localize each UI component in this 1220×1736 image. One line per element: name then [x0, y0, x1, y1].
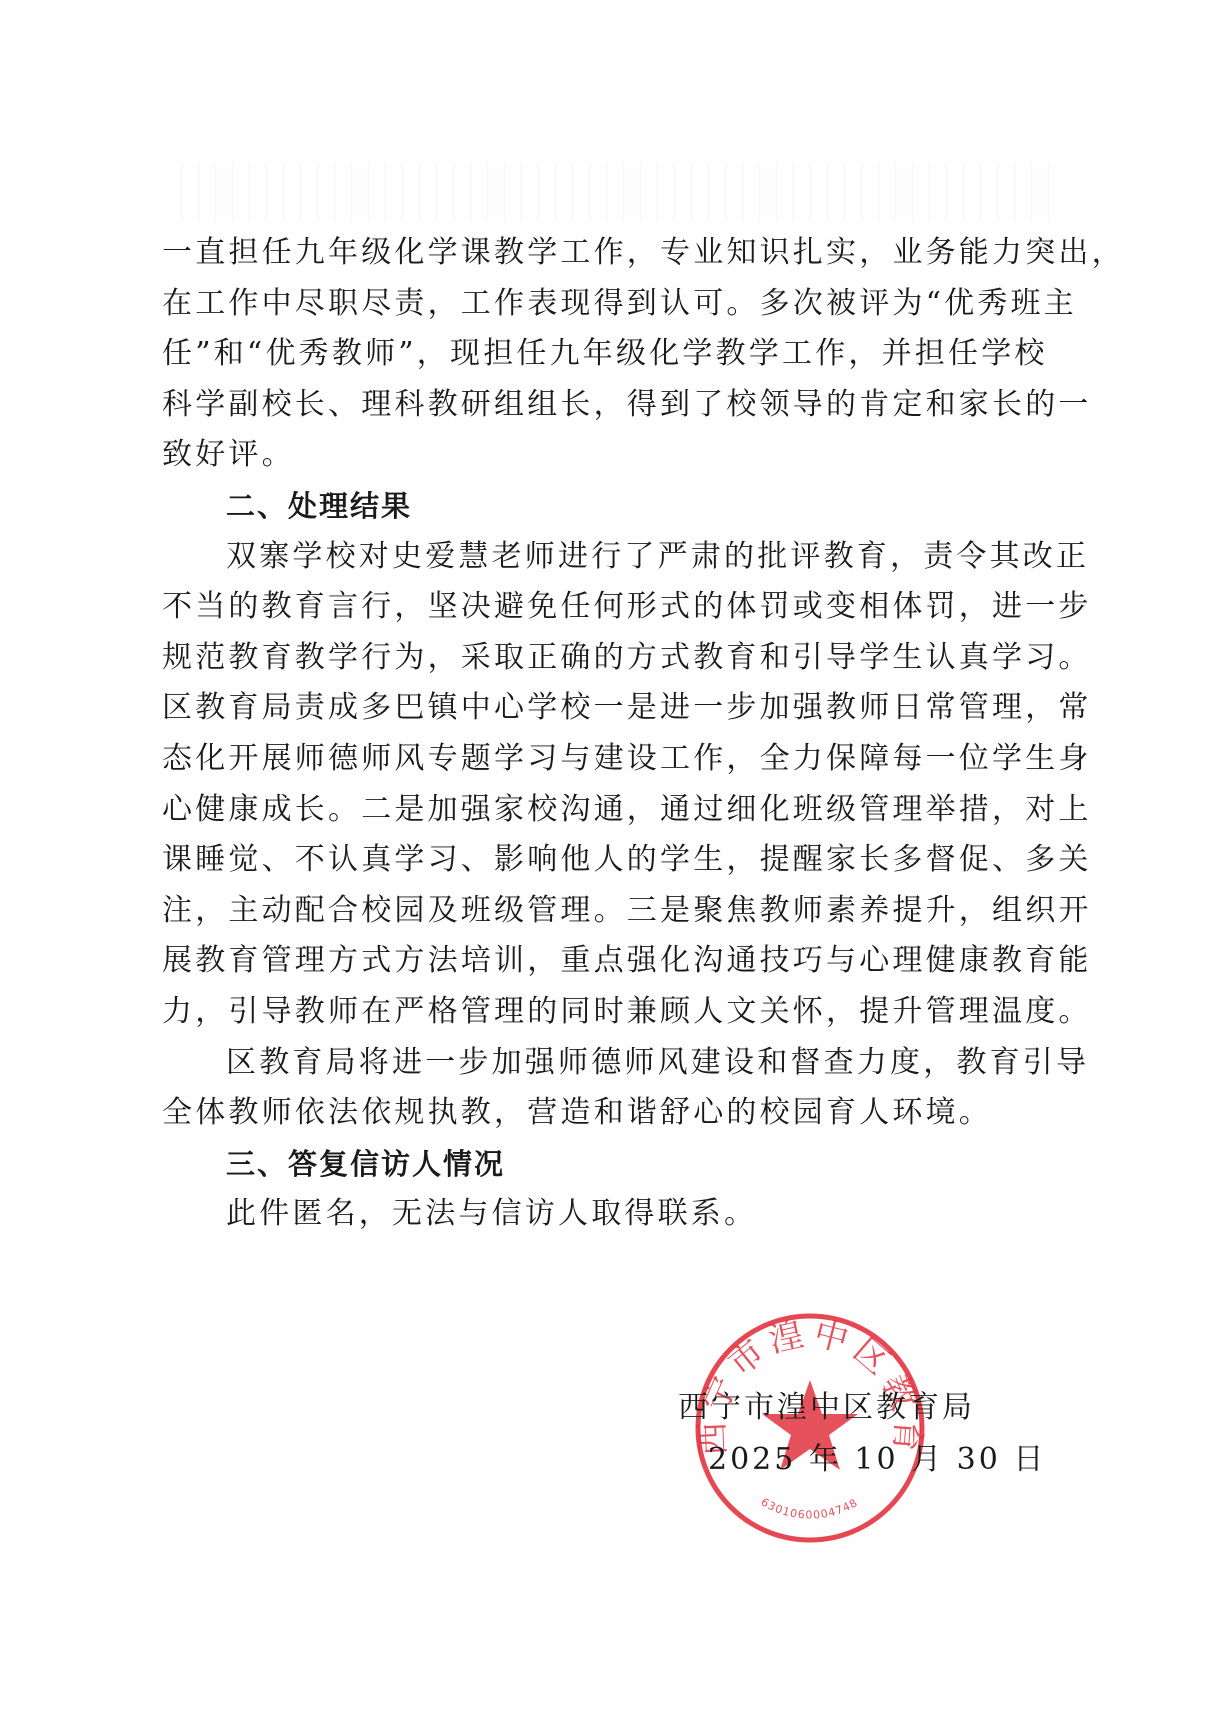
text-line: 注，主动配合校园及班级管理。三是聚焦教师素养提升，组织开 — [162, 886, 1082, 937]
text-line: 力，引导教师在严格管理的同时兼顾人文关怀，提升管理温度。 — [162, 987, 1082, 1038]
text-line: 课睡觉、不认真学习、影响他人的学生，提醒家长多督促、多关 — [162, 835, 1082, 886]
text-line: 双寨学校对史爱慧老师进行了严肃的批评教育，责令其改正 — [162, 532, 1082, 583]
document-body: 一直担任九年级化学课教学工作，专业知识扎实，业务能力突出， 在工作中尽职尽责，工… — [162, 228, 1082, 1240]
paragraph-handling-result: 双寨学校对史爱慧老师进行了严肃的批评教育，责令其改正 不当的教育言行，坚决避免任… — [162, 532, 1082, 1038]
section-heading-results: 二、处理结果 — [162, 481, 1082, 532]
section-heading-reply: 三、答复信访人情况 — [162, 1139, 1082, 1190]
text-line: 任”和“优秀教师”，现担任九年级化学教学工作，并担任学校 — [162, 329, 1082, 380]
text-line: 在工作中尽职尽责，工作表现得到认可。多次被评为“优秀班主 — [162, 279, 1082, 330]
text-line: 展教育管理方式方法培训，重点强化沟通技巧与心理健康教育能 — [162, 936, 1082, 987]
paragraph-reply: 此件匿名，无法与信访人取得联系。 — [162, 1189, 1082, 1240]
text-line: 态化开展师德师风专题学习与建设工作，全力保障每一位学生身 — [162, 734, 1082, 785]
issuing-organization: 西宁市湟中区教育局 — [678, 1382, 1046, 1434]
document-page: 一直担任九年级化学课教学工作，专业知识扎实，业务能力突出， 在工作中尽职尽责，工… — [0, 0, 1220, 1736]
text-line: 区教育局责成多巴镇中心学校一是进一步加强教师日常管理，常 — [162, 683, 1082, 734]
text-line: 科学副校长、理科教研组组长，得到了校领导的肯定和家长的一 — [162, 380, 1082, 431]
scan-bleed-through — [180, 162, 1060, 222]
svg-text:6301060004748: 6301060004748 — [759, 1495, 861, 1521]
paragraph-teacher-background: 一直担任九年级化学课教学工作，专业知识扎实，业务能力突出， 在工作中尽职尽责，工… — [162, 228, 1082, 481]
text-line: 不当的教育言行，坚决避免任何形式的体罚或变相体罚，进一步 — [162, 582, 1082, 633]
text-line: 一直担任九年级化学课教学工作，专业知识扎实，业务能力突出， — [162, 228, 1082, 279]
text-line: 区教育局将进一步加强师德师风建设和督查力度，教育引导 — [162, 1038, 1082, 1089]
issue-date: 2025 年 10 月 30 日 — [678, 1434, 1046, 1486]
paragraph-bureau-commitment: 区教育局将进一步加强师德师风建设和督查力度，教育引导 全体教师依法依规执教，营造… — [162, 1038, 1082, 1139]
text-line: 全体教师依法依规执教，营造和谐舒心的校园育人环境。 — [162, 1088, 1082, 1139]
signature-block: 西宁市湟中区教育局 2025 年 10 月 30 日 — [678, 1382, 1046, 1486]
text-line: 心健康成长。二是加强家校沟通，通过细化班级管理举措，对上 — [162, 785, 1082, 836]
text-line: 规范教育教学行为，采取正确的方式教育和引导学生认真学习。 — [162, 633, 1082, 684]
text-line: 致好评。 — [162, 430, 1082, 481]
